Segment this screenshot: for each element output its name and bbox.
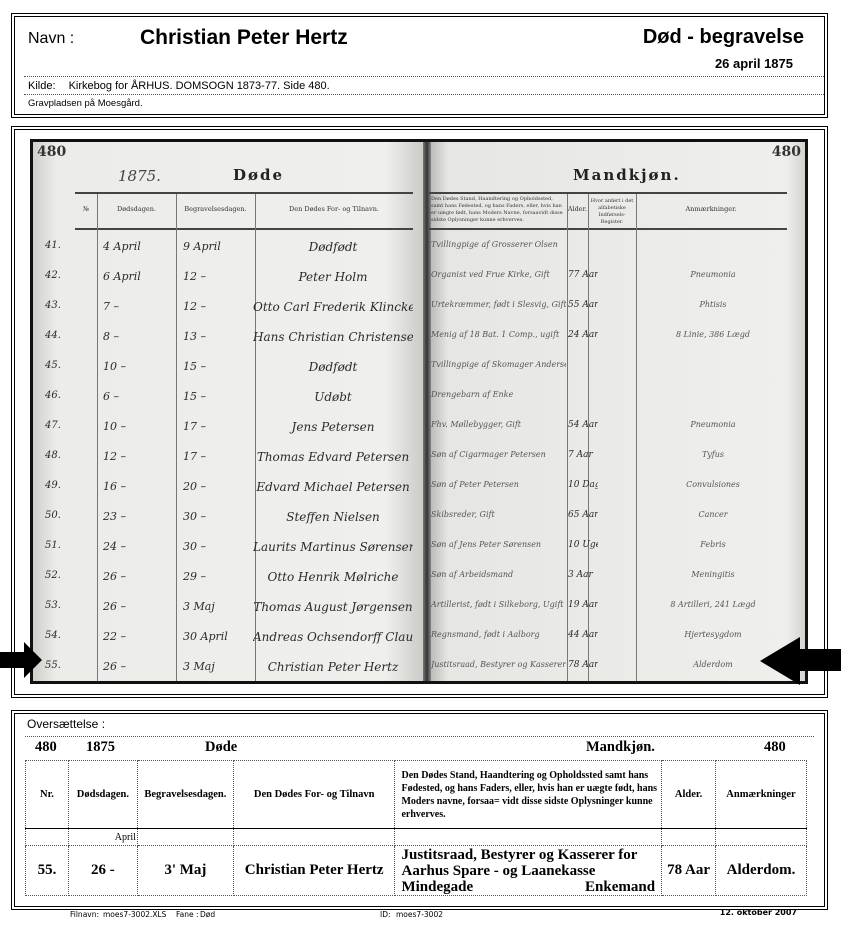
pointer-arrow-right-icon [760,637,800,685]
scan-cell-death: 24 – [103,540,173,553]
footer-tab: Død [200,910,215,919]
source-text: Kirkebog for ÅRHUS. DOMSOGN 1873-77. Sid… [69,80,330,92]
scan-year: 1875. [118,167,161,185]
translation-label: Oversættelse : [27,717,105,731]
scan-cell-no: 46. [45,390,73,401]
scan-cell-age: 10 Uger [568,540,598,550]
entry-remarks: Alderdom. [716,846,807,896]
scan-cell-no: 53. [45,600,73,611]
scan-cell-name: Laurits Martinus Sørensen [253,540,413,554]
scan-cell-age: 3 Aar [568,570,598,580]
scan-col-death: Dødsdagen. [97,206,176,213]
scan-cell-stand: Regnsmand, født i Aalborg [431,630,566,639]
scan-cell-burial: 30 – [183,540,253,553]
entry-burial-day: 3' Maj [137,846,233,896]
scan-cell-burial: 13 – [183,330,253,343]
entry-name: Christian Peter Hertz [233,846,395,896]
scan-cell-no: 50. [45,510,73,521]
month-cell [233,829,395,846]
scan-rule [75,228,413,230]
scan-cell-burial: 15 – [183,390,253,403]
pointer-arrow-right-icon [798,649,841,671]
scan-cell-remark: Cancer [633,510,793,519]
scan-cell-age: 78 Aar [568,660,598,670]
scan-cell-name: Steffen Nielsen [253,510,413,524]
entry-nr: 55. [26,846,69,896]
translation-header-row: Nr. Dødsdagen. Begravelsesdagen. Den Død… [26,761,807,829]
scan-cell-name: Thomas Edvard Petersen [253,450,413,464]
footer-id-label: ID: [380,910,391,919]
scan-cell-burial: 20 – [183,480,253,493]
month-cell [26,829,69,846]
scan-cell-age: 55 Aar [568,300,598,310]
col-age: Alder. [662,761,716,829]
scan-col-age: Alder. [567,206,588,213]
person-name: Christian Peter Hertz [140,26,348,50]
scan-cell-stand: Urtekræmmer, født i Slesvig, Gift [431,300,566,309]
scan-cell-age: 24 Aar [568,330,598,340]
scan-cell-death: 16 – [103,480,173,493]
scan-cell-no: 52. [45,570,73,581]
scan-page-number-right: 480 [772,144,801,160]
scan-cell-remark: Pneumonia [633,270,793,279]
footer-filename-label: Filnavn: [70,910,99,919]
name-label: Navn : [28,30,74,48]
scan-cell-burial: 15 – [183,360,253,373]
divider [24,94,824,95]
scan-rule [429,192,787,194]
translation-section: Oversættelse : 480 1875 Døde Mandkjøn. 4… [14,713,825,907]
table-row: 55. 26 - 3' Maj Christian Peter Hertz Ju… [26,846,807,896]
scan-cell-age: 54 Aar [568,420,598,430]
scan-cell-burial: 9 April [183,240,253,253]
scan-cell-burial: 12 – [183,270,253,283]
scan-cell-burial: 29 – [183,570,253,583]
entry-stand: Justitsraad, Bestyrer og Kasserer for Aa… [395,846,662,896]
month-cell [716,829,807,846]
scan-cell-death: 26 – [103,660,173,673]
stand-line: Aarhus Spare - og Laanekasse [401,863,659,879]
scan-cell-no: 47. [45,420,73,431]
translation-year: 1875 [86,739,115,756]
scan-cell-death: 4 April [103,240,173,253]
scan-cell-stand: Søn af Peter Petersen [431,480,566,489]
scan-cell-remark: Convulsiones [633,480,793,489]
divider [24,76,824,77]
scan-col-no: № [75,206,97,213]
event-date: 26 april 1875 [715,56,793,71]
entry-death-day: 26 - [68,846,137,896]
scan-entry-row: 41.4 April9 AprilDødfødtTvillingpige af … [33,234,805,263]
scan-entry-row: 42.6 April12 –Peter HolmOrganist ved Fru… [33,264,805,293]
scan-cell-age: 44 Aar [568,630,598,640]
scan-col-name: Den Dødes For- og Tilnavn. [255,206,413,213]
scan-entry-row: 53.26 –3 MajThomas August JørgensenArtil… [33,594,805,623]
scan-cell-no: 43. [45,300,73,311]
scan-cell-no: 51. [45,540,73,551]
footer-id: moes7-3002 [396,910,443,919]
scan-cell-name: Jens Petersen [253,420,413,434]
scan-cell-stand: Søn af Arbeidsmand [431,570,566,579]
scan-entry-row: 51.24 –30 –Laurits Martinus SørensenSøn … [33,534,805,563]
scan-cell-age: 65 Aar [568,510,598,520]
scan-cell-remark: Pneumonia [633,420,793,429]
scan-cell-stand: Tvillingpige af Skomager Andersen [431,360,566,369]
scan-entry-row: 50.23 –30 –Steffen NielsenSkibsreder, Gi… [33,504,805,533]
scan-cell-stand: Søn af Cigarmager Petersen [431,450,566,459]
translation-page-right: 480 [764,739,786,756]
scan-title-right: Mandkjøn. [573,166,681,184]
scan-cell-stand: Organist ved Frue Kirke, Gift [431,270,566,279]
scan-cell-death: 26 – [103,600,173,613]
scan-col-stand: Den Dødes Stand, Haandtering og Opholdss… [431,196,565,224]
scan-cell-name: Udøbt [253,390,413,404]
translation-title-left: Døde [205,739,237,756]
stand-residence: Mindegade [401,879,473,895]
scan-cell-death: 7 – [103,300,173,313]
pointer-arrow-left-icon [0,652,26,668]
scan-cell-no: 54. [45,630,73,641]
scan-cell-age: 7 Aar [568,450,598,460]
scan-cell-death: 26 – [103,570,173,583]
pointer-arrow-left-icon [24,642,42,678]
scan-cell-death: 6 – [103,390,173,403]
scan-cell-remark: 8 Artilleri, 241 Lægd [633,600,793,609]
scan-cell-name: Thomas August Jørgensen [253,600,413,614]
scan-cell-remark: Febris [633,540,793,549]
burial-place: Gravpladsen på Moesgård. [28,98,143,109]
scan-cell-remark: Phtisis [633,300,793,309]
scan-cell-remark: Tyfus [633,450,793,459]
scan-cell-burial: 30 April [183,630,253,643]
scan-cell-stand: Skibsreder, Gift [431,510,566,519]
scan-rule [75,192,413,194]
scan-cell-no: 42. [45,270,73,281]
scan-cell-name: Christian Peter Hertz [253,660,413,674]
translation-page-left: 480 [35,739,57,756]
scan-cell-death: 10 – [103,360,173,373]
scan-cell-burial: 12 – [183,300,253,313]
scan-rule [429,228,787,230]
scan-entry-row: 44.8 –13 –Hans Christian ChristensenMeni… [33,324,805,353]
footer-filename: moes7-3002.XLS [103,910,166,919]
scan-cell-name: Otto Henrik Mølriche [253,570,413,584]
record-header: Navn : Christian Peter Hertz Død - begra… [14,16,825,115]
scan-cell-death: 22 – [103,630,173,643]
scan-page-number-left: 480 [37,144,66,160]
scan-cell-age: 77 Aar [568,270,598,280]
scan-entry-row: 47.10 –17 –Jens PetersenFhv. Møllebygger… [33,414,805,443]
scan-entry-row: 54.22 –30 AprilAndreas Ochsendorff Claud… [33,624,805,653]
scan-entry-row: 49.16 –20 –Edvard Michael PetersenSøn af… [33,474,805,503]
col-death-day: Dødsdagen. [68,761,137,829]
footer-tab-label: Fane : [176,910,199,919]
month-cell [395,829,662,846]
scan-col-register: Hvor anført i det alfabetiske Indførsels… [588,198,636,226]
entry-age: 78 Aar [662,846,716,896]
scan-cell-burial: 30 – [183,510,253,523]
scan-cell-name: Peter Holm [253,270,413,284]
scan-cell-name: Hans Christian Christensen [253,330,413,344]
scan-cell-name: Otto Carl Frederik Klincke [253,300,413,314]
scan-cell-no: 48. [45,450,73,461]
scan-cell-stand: Søn af Jens Peter Sørensen [431,540,566,549]
scan-entry-row: 52.26 –29 –Otto Henrik MølricheSøn af Ar… [33,564,805,593]
record-type: Død - begravelse [643,26,804,49]
stand-marital: Enkemand [585,879,655,895]
col-name: Den Dødes For- og Tilnavn [233,761,395,829]
scan-cell-no: 55. [45,660,73,671]
month-row: April [26,829,807,846]
scan-cell-name: Dødfødt [253,240,413,254]
col-remarks: Anmærkninger [716,761,807,829]
scan-cell-death: 12 – [103,450,173,463]
scan-cell-name: Dødfødt [253,360,413,374]
scan-cell-stand: Justitsraad, Bestyrer og Kasserer for Aa… [431,660,566,669]
source-line: Kilde: Kirkebog for ÅRHUS. DOMSOGN 1873-… [28,80,330,92]
scan-cell-burial: 3 Maj [183,660,253,673]
stand-line: Justitsraad, Bestyrer og Kasserer for [401,847,659,863]
scan-cell-stand: Tvillingpige af Grosserer Olsen [431,240,566,249]
divider [25,736,814,737]
scan-cell-death: 10 – [103,420,173,433]
scan-cell-no: 44. [45,330,73,341]
scan-title-left: Døde [233,166,284,184]
scan-cell-stand: Drengebarn af Enke [431,390,566,399]
translation-title-right: Mandkjøn. [586,739,655,756]
source-label: Kilde: [28,80,56,92]
scan-entry-row: 48.12 –17 –Thomas Edvard PetersenSøn af … [33,444,805,473]
scan-entry-row: 55.26 –3 MajChristian Peter HertzJustits… [33,654,805,683]
month-cell [662,829,716,846]
scan-cell-name: Andreas Ochsendorff Claudt [253,630,413,644]
stand-line: Mindegade Enkemand [401,879,659,895]
scan-cell-age: 19 Aar [568,600,598,610]
scan-cell-death: 6 April [103,270,173,283]
scan-entry-row: 43.7 –12 –Otto Carl Frederik KlinckeUrte… [33,294,805,323]
month-cell [137,829,233,846]
scan-cell-burial: 3 Maj [183,600,253,613]
scan-cell-age: 10 Dage [568,480,598,490]
scan-cell-remark: Meningitis [633,570,793,579]
scan-col-burial: Begravelsesdagen. [176,206,255,213]
col-burial-day: Begravelsesdagen. [137,761,233,829]
scan-cell-burial: 17 – [183,450,253,463]
translation-table: Nr. Dødsdagen. Begravelsesdagen. Den Død… [25,760,807,896]
scan-cell-death: 8 – [103,330,173,343]
scan-cell-no: 45. [45,360,73,371]
scan-col-remarks: Anmærkninger. [636,206,786,213]
scan-entry-row: 45.10 –15 –DødfødtTvillingpige af Skomag… [33,354,805,383]
scan-cell-stand: Artillerist, født i Silkeborg, Ugift [431,600,566,609]
scan-cell-name: Edvard Michael Petersen [253,480,413,494]
col-nr: Nr. [26,761,69,829]
scan-cell-burial: 17 – [183,420,253,433]
scan-frame: 480 480 1875. Døde Mandkjøn. № Dødsdagen… [14,129,825,695]
scan-cell-no: 49. [45,480,73,491]
scan-cell-stand: Menig af 18 Bat. 1 Comp., ugift [431,330,566,339]
scan-entry-row: 46.6 –15 –UdøbtDrengebarn af Enke [33,384,805,413]
scan-cell-remark: 8 Linie, 386 Lægd [633,330,793,339]
church-book-scan: 480 480 1875. Døde Mandkjøn. № Dødsdagen… [30,139,808,684]
scan-cell-stand: Fhv. Møllebygger, Gift [431,420,566,429]
col-stand: Den Dødes Stand, Haandtering og Opholdss… [395,761,662,829]
scan-cell-no: 41. [45,240,73,251]
scan-cell-death: 23 – [103,510,173,523]
death-month: April [68,829,137,846]
footer-date: 12. oktober 2007 [720,908,797,917]
